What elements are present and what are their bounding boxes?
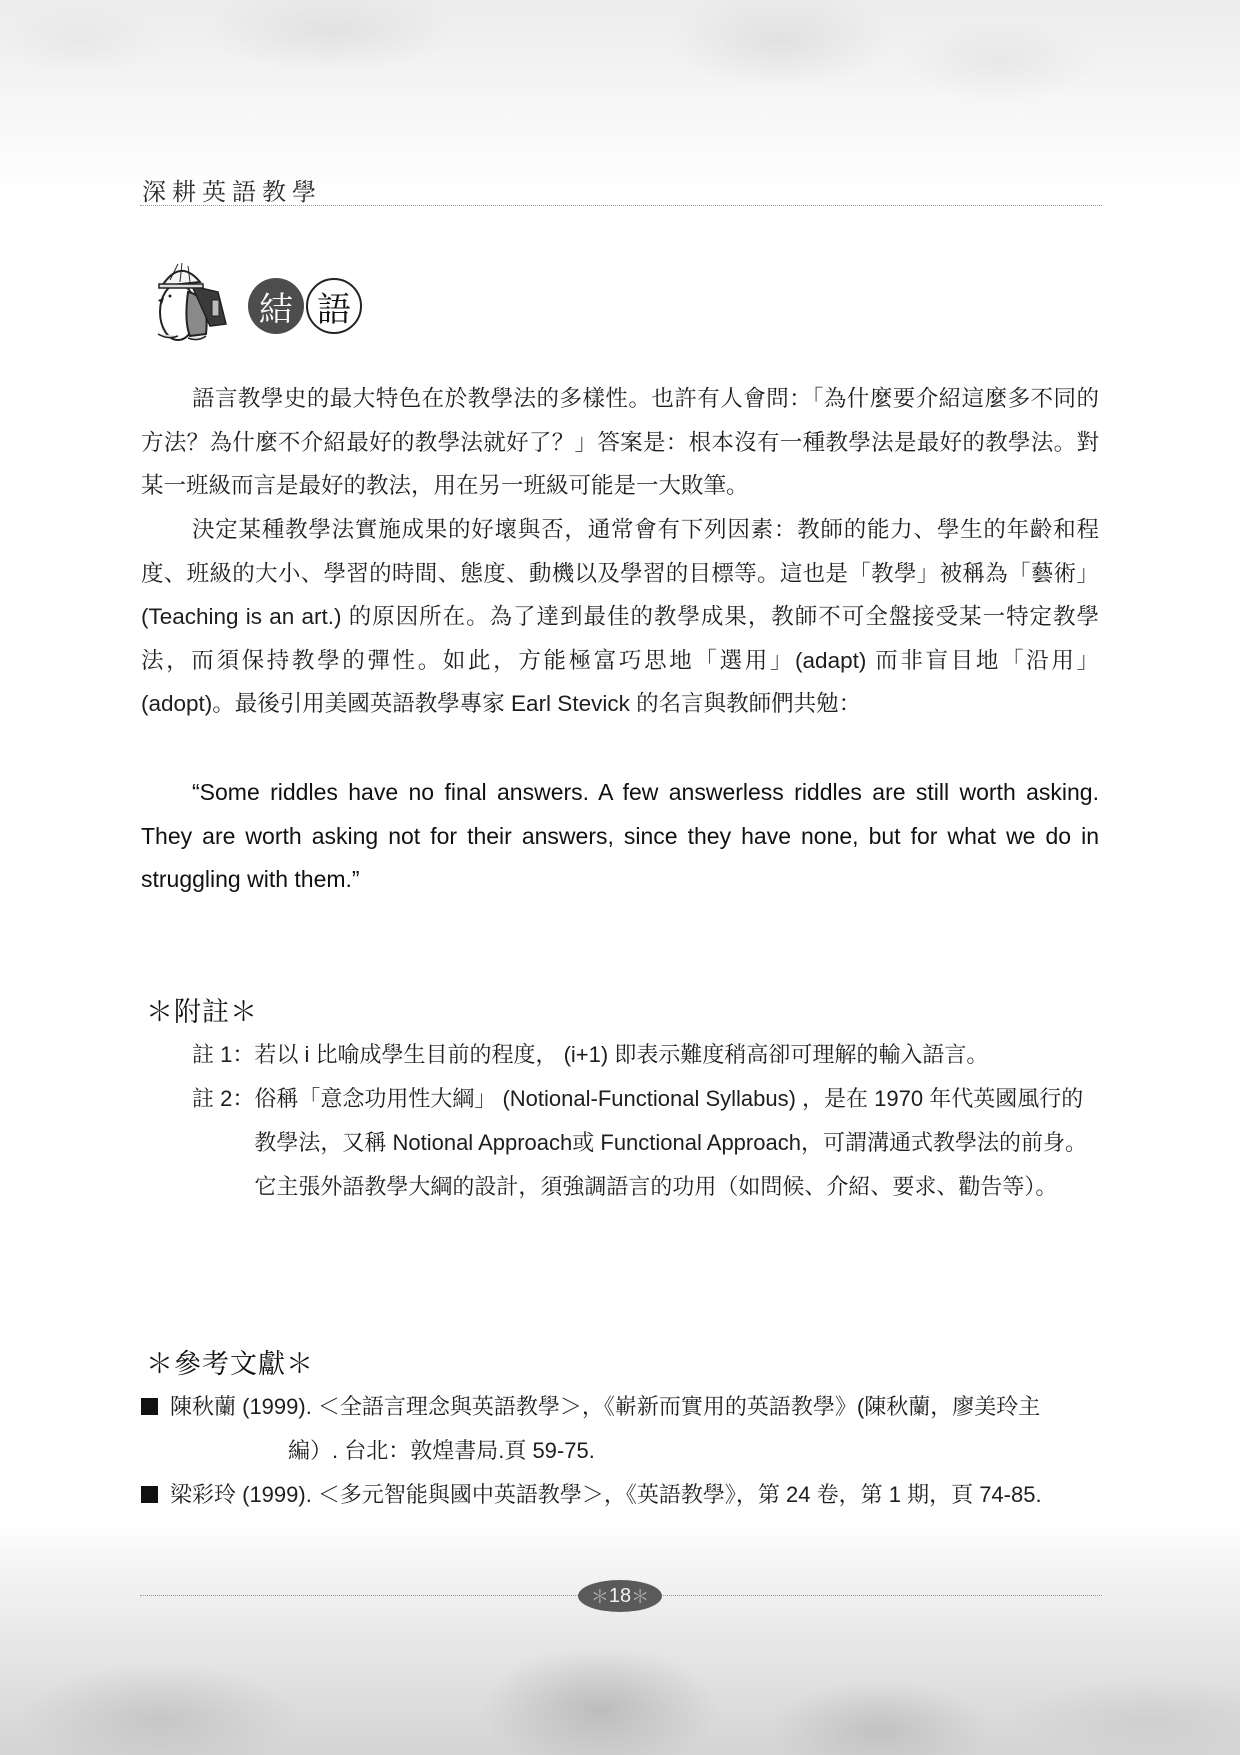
stevick-quote: “Some riddles have no final answers. A f…: [141, 771, 1099, 902]
running-head: 深耕英語教學: [142, 172, 322, 207]
note-label: 註 2：: [192, 1077, 254, 1209]
reference-continuation: 編）. 台北：敦煌書局.頁 59-75.: [170, 1429, 1101, 1473]
footer-background: [0, 1520, 1240, 1755]
section-title-char-1: 結: [248, 278, 304, 334]
notes-heading: ＊附註＊: [146, 990, 258, 1029]
star-icon: ＊: [591, 1583, 609, 1609]
quote-text: “Some riddles have no final answers. A f…: [141, 771, 1099, 902]
note-item: 註 2： 俗稱「意念功用性大綱」 (Notional-Functional Sy…: [192, 1077, 1092, 1209]
reference-item: 梁彩玲 (1999). ＜多元智能與國中英語教學＞，《英語教學》，第 24 卷，…: [141, 1473, 1101, 1517]
page-number: 18: [609, 1585, 631, 1608]
references-heading: ＊參考文獻＊: [146, 1342, 314, 1381]
note-text: 若以 i 比喻成學生目前的程度， (i+1) 即表示難度稍高卻可理解的輸入語言。: [254, 1033, 1092, 1077]
header-divider: [140, 205, 1102, 206]
reference-line: 陳秋蘭 (1999). ＜全語言理念與英語教學＞，《嶄新而實用的英語教學》(陳秋…: [170, 1394, 1040, 1419]
note-text: 俗稱「意念功用性大綱」 (Notional-Functional Syllabu…: [254, 1077, 1092, 1209]
note-label: 註 1：: [192, 1033, 254, 1077]
reference-item: 陳秋蘭 (1999). ＜全語言理念與英語教學＞，《嶄新而實用的英語教學》(陳秋…: [141, 1385, 1101, 1473]
reference-line: 梁彩玲 (1999). ＜多元智能與國中英語教學＞，《英語教學》，第 24 卷，…: [170, 1482, 1042, 1507]
page-number-badge: ＊ 18 ＊: [578, 1580, 662, 1612]
paragraph-1: 語言教學史的最大特色在於教學法的多樣性。也許有人會問：「為什麼要介紹這麼多不同的…: [141, 377, 1099, 508]
paragraph-2: 決定某種教學法實施成果的好壞與否，通常會有下列因素：教師的能力、學生的年齡和程度…: [141, 508, 1099, 726]
paragraph-text: 決定某種教學法實施成果的好壞與否，通常會有下列因素：教師的能力、學生的年齡和程度…: [141, 508, 1099, 726]
square-bullet-icon: [141, 1398, 158, 1415]
header-background: [0, 0, 1240, 200]
section-title: 結 語: [248, 278, 362, 334]
square-bullet-icon: [141, 1486, 158, 1503]
section-title-char-2: 語: [306, 278, 362, 334]
note-item: 註 1： 若以 i 比喻成學生目前的程度， (i+1) 即表示難度稍高卻可理解的…: [192, 1033, 1092, 1077]
penguin-mascot-icon: [148, 252, 238, 342]
paragraph-text: 語言教學史的最大特色在於教學法的多樣性。也許有人會問：「為什麼要介紹這麼多不同的…: [141, 377, 1099, 508]
star-icon: ＊: [631, 1583, 649, 1609]
